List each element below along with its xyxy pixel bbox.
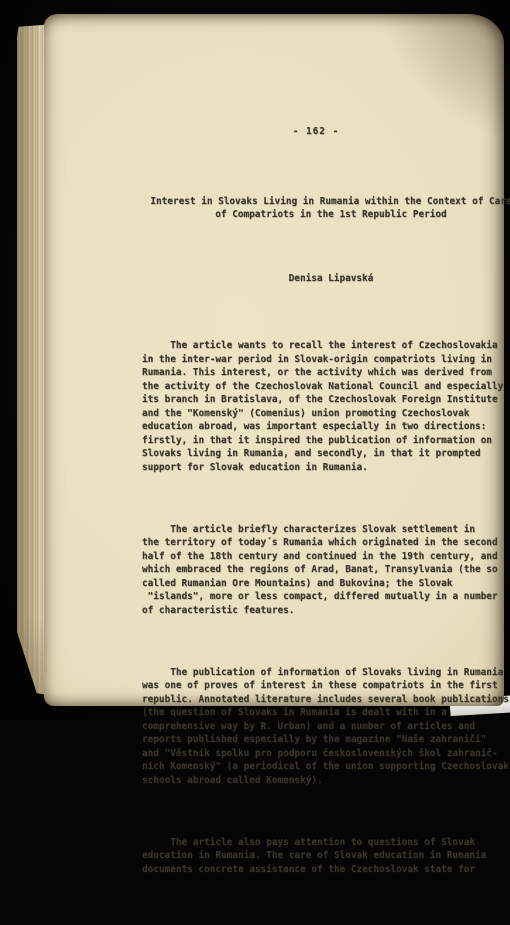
book-page: - 162 - Interest in Slovaks Living in Ru… <box>44 14 504 706</box>
photo-background: - 162 - Interest in Slovaks Living in Ru… <box>0 0 510 720</box>
abstract-paragraph-2: The article briefly characterizes Slovak… <box>142 523 510 618</box>
page-number: - 162 - <box>127 125 505 139</box>
article-author: Denisa Lipavská <box>142 272 510 286</box>
article-title: Interest in Slovaks Living in Rumania wi… <box>142 195 510 222</box>
typed-text-block: - 162 - Interest in Slovaks Living in Ru… <box>142 84 510 720</box>
abstract-paragraph-3: The publication of information of Slovak… <box>142 666 510 721</box>
abstract-paragraph-1: The article wants to recall the interest… <box>142 339 510 474</box>
